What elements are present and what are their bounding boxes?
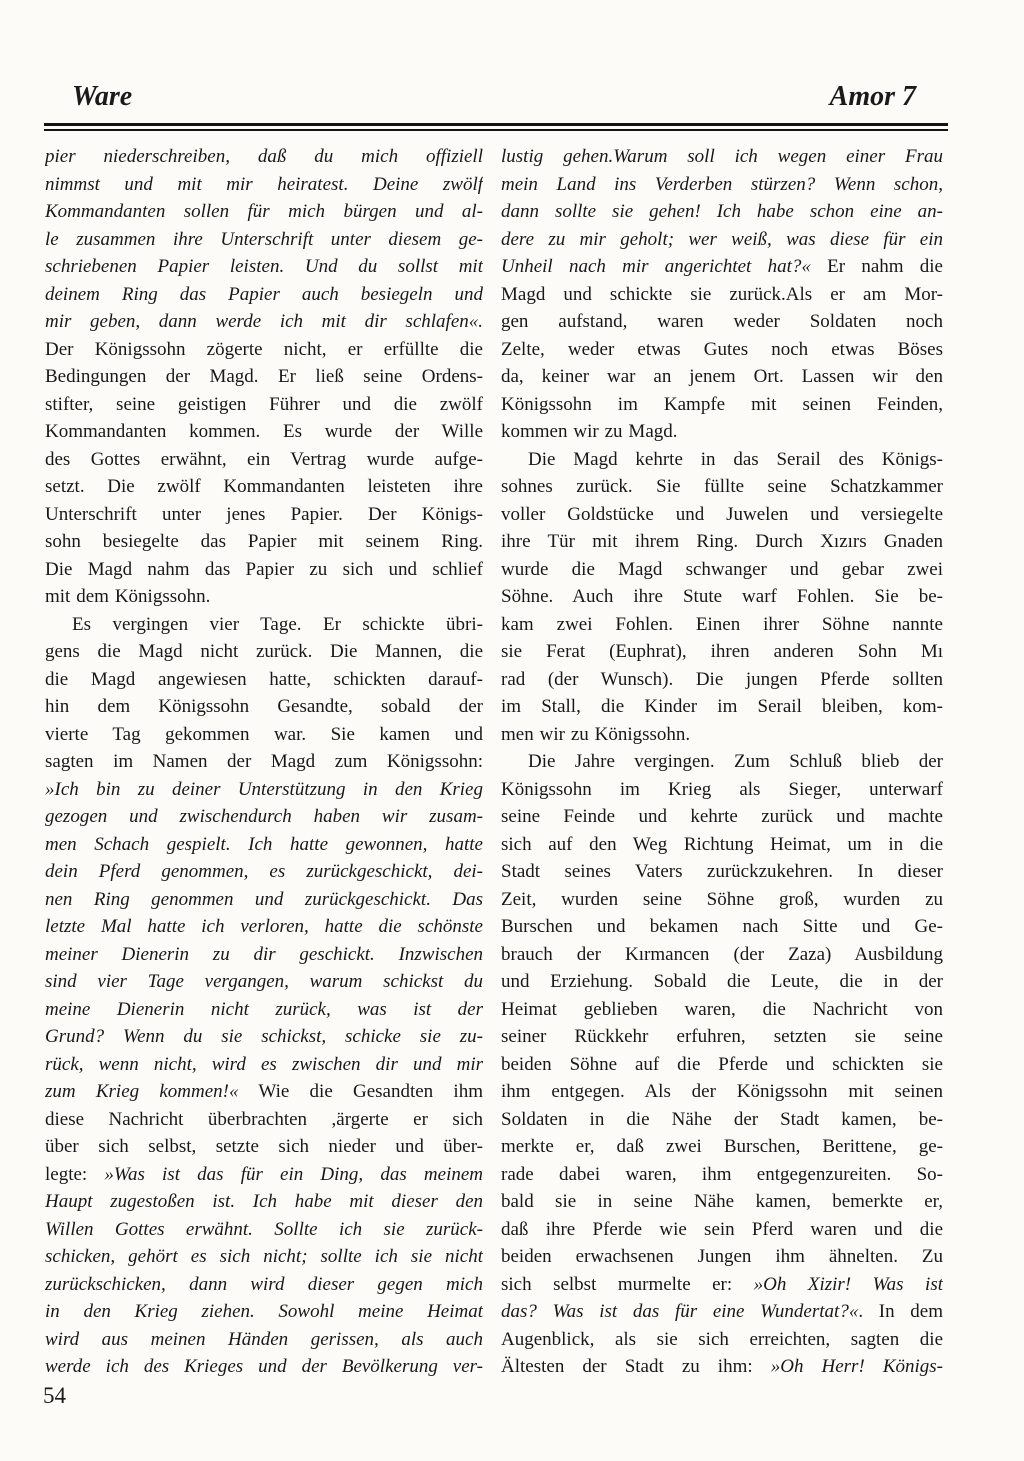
text-line: sich auf den Weg Richtung Heimat, um in …: [501, 831, 943, 859]
page-number: 54: [43, 1383, 66, 1409]
text-line: mein Land ins Verderben stürzen? Wenn sc…: [501, 171, 943, 199]
text-line: sagten im Namen der Magd zum Königssohn:: [45, 748, 483, 776]
text-line: beiden Söhne auf die Pferde und schickte…: [501, 1051, 943, 1079]
text-line: sind vier Tage vergangen, warum schickst…: [45, 968, 483, 996]
text-line: daß ihre Pferde wie sein Pferd waren und…: [501, 1216, 943, 1244]
text-line: Bedingungen der Magd. Er ließ seine Orde…: [45, 363, 483, 391]
text-line: sohn besiegelte das Papier mit seinem Ri…: [45, 528, 483, 556]
text-line: im Stall, die Kinder im Serail bleiben, …: [501, 693, 943, 721]
text-line: hin dem Königssohn Gesandte, sobald der: [45, 693, 483, 721]
text-line: schicken, gehört es sich nicht; sollte i…: [45, 1243, 483, 1271]
scanned-book-page: Ware Amor 7 pier niederschreiben, daß du…: [0, 0, 1024, 1461]
text-line: voller Goldstücke und Juwelen und versie…: [501, 501, 943, 529]
text-line: da, keiner war an jenem Ort. Lassen wir …: [501, 363, 943, 391]
text-line: Söhne. Auch ihre Stute warf Fohlen. Sie …: [501, 583, 943, 611]
text-line: gens die Magd nicht zurück. Die Mannen, …: [45, 638, 483, 666]
text-line: Grund? Wenn du sie schickst, schicke sie…: [45, 1023, 483, 1051]
text-line: nen Ring genommen und zurückgeschickt. D…: [45, 886, 483, 914]
text-line: stifter, seine geistigen Führer und die …: [45, 391, 483, 419]
text-line: legte: »Was ist das für ein Ding, das me…: [45, 1161, 483, 1189]
text-line: das? Was ist das für eine Wundertat?«. I…: [501, 1298, 943, 1326]
text-line: kam zwei Fohlen. Einen ihrer Söhne nannt…: [501, 611, 943, 639]
text-line: rück, wenn nicht, wird es zwischen dir u…: [45, 1051, 483, 1079]
text-line: schriebenen Papier leisten. Und du solls…: [45, 253, 483, 281]
text-column-left: pier niederschreiben, daß du mich offizi…: [45, 143, 483, 1381]
text-line: mit dem Königssohn.: [45, 583, 483, 611]
text-line: Die Jahre vergingen. Zum Schluß blieb de…: [501, 748, 943, 776]
text-line: Zelte, weder etwas Gutes noch etwas Böse…: [501, 336, 943, 364]
text-line: sie Ferat (Euphrat), ihren anderen Sohn …: [501, 638, 943, 666]
text-line: Ältesten der Stadt zu ihm: »Oh Herr! Kön…: [501, 1353, 943, 1381]
text-line: Burschen und bekamen nach Sitte und Ge-: [501, 913, 943, 941]
text-line: werde ich des Krieges und der Bevölkerun…: [45, 1353, 483, 1381]
text-line: Soldaten in die Nähe der Stadt kamen, be…: [501, 1106, 943, 1134]
text-line: Königssohn im Krieg als Sieger, unterwar…: [501, 776, 943, 804]
text-line: sich selbst murmelte er: »Oh Xizir! Was …: [501, 1271, 943, 1299]
text-line: dere zu mir geholt; wer weiß, was diese …: [501, 226, 943, 254]
text-line: rad (der Wunsch). Die jungen Pferde soll…: [501, 666, 943, 694]
text-line: Unterschrift unter jenes Papier. Der Kön…: [45, 501, 483, 529]
text-line: wird aus meinen Händen gerissen, als auc…: [45, 1326, 483, 1354]
text-line: zurückschicken, dann wird dieser gegen m…: [45, 1271, 483, 1299]
running-title-right: Amor 7: [830, 82, 916, 112]
header-rule: [44, 123, 948, 131]
text-line: ihre Tür mit ihrem Ring. Durch Xızırs Gn…: [501, 528, 943, 556]
text-line: Unheil nach mir angerichtet hat?« Er nah…: [501, 253, 943, 281]
text-line: Es vergingen vier Tage. Er schickte übri…: [45, 611, 483, 639]
text-line: meiner Dienerin zu dir geschickt. Inzwis…: [45, 941, 483, 969]
text-line: Königssohn im Kampfe mit seinen Feinden,: [501, 391, 943, 419]
text-line: Augenblick, als sie sich erreichten, sag…: [501, 1326, 943, 1354]
text-line: dein Pferd genommen, es zurückgeschickt,…: [45, 858, 483, 886]
text-line: ihm entgegen. Als der Königssohn mit sei…: [501, 1078, 943, 1106]
text-line: und Erziehung. Sobald die Leute, die in …: [501, 968, 943, 996]
running-header: Ware Amor 7: [0, 0, 1024, 112]
text-line: mir geben, dann werde ich mit dir schlaf…: [45, 308, 483, 336]
text-line: nimmst und mit mir heiratest. Deine zwöl…: [45, 171, 483, 199]
text-line: Magd und schickte sie zurück.Als er am M…: [501, 281, 943, 309]
text-line: deinem Ring das Papier auch besiegeln un…: [45, 281, 483, 309]
text-column-right: lustig gehen.Warum soll ich wegen einer …: [501, 143, 943, 1381]
text-line: zum Krieg kommen!« Wie die Gesandten ihm: [45, 1078, 483, 1106]
text-line: kommen wir zu Magd.: [501, 418, 943, 446]
text-line: brauch der Kırmancen (der Zaza) Ausbildu…: [501, 941, 943, 969]
text-line: le zusammen ihre Unterschrift unter dies…: [45, 226, 483, 254]
text-line: rade dabei waren, ihm entgegenzureiten. …: [501, 1161, 943, 1189]
text-line: gen aufstand, waren weder Soldaten noch: [501, 308, 943, 336]
text-line: Die Magd nahm das Papier zu sich und sch…: [45, 556, 483, 584]
text-line: Willen Gottes erwähnt. Sollte ich sie zu…: [45, 1216, 483, 1244]
running-title-left: Ware: [72, 82, 132, 112]
text-line: meine Dienerin nicht zurück, was ist der: [45, 996, 483, 1024]
text-line: wurde die Magd schwanger und gebar zwei: [501, 556, 943, 584]
text-line: lustig gehen.Warum soll ich wegen einer …: [501, 143, 943, 171]
text-line: seine Feinde und kehrte zurück und macht…: [501, 803, 943, 831]
text-line: diese Nachricht überbrachten ,ärgerte er…: [45, 1106, 483, 1134]
text-line: beiden erwachsenen Jungen ihm ähnelten. …: [501, 1243, 943, 1271]
text-columns: pier niederschreiben, daß du mich offizi…: [0, 143, 1024, 1381]
text-line: sohnes zurück. Sie füllte seine Schatzka…: [501, 473, 943, 501]
text-line: men wir zu Königssohn.: [501, 721, 943, 749]
text-line: Heimat geblieben waren, die Nachricht vo…: [501, 996, 943, 1024]
text-line: die Magd angewiesen hatte, schickten dar…: [45, 666, 483, 694]
text-line: Der Königssohn zögerte nicht, er erfüllt…: [45, 336, 483, 364]
text-line: gezogen und zwischendurch haben wir zusa…: [45, 803, 483, 831]
text-line: in den Krieg ziehen. Sowohl meine Heimat: [45, 1298, 483, 1326]
text-line: über sich selbst, setzte sich nieder und…: [45, 1133, 483, 1161]
text-line: letzte Mal hatte ich verloren, hatte die…: [45, 913, 483, 941]
text-line: Haupt zugestoßen ist. Ich habe mit diese…: [45, 1188, 483, 1216]
text-line: men Schach gespielt. Ich hatte gewonnen,…: [45, 831, 483, 859]
text-line: Die Magd kehrte in das Serail des Königs…: [501, 446, 943, 474]
text-line: des Gottes erwähnt, ein Vertrag wurde au…: [45, 446, 483, 474]
text-line: »Ich bin zu deiner Unterstützung in den …: [45, 776, 483, 804]
text-line: vierte Tag gekommen war. Sie kamen und: [45, 721, 483, 749]
text-line: Kommandanten kommen. Es wurde der Wille: [45, 418, 483, 446]
text-line: merkte er, daß zwei Burschen, Berittene,…: [501, 1133, 943, 1161]
text-line: setzt. Die zwölf Kommandanten leisteten …: [45, 473, 483, 501]
text-line: Zeit, wurden seine Söhne groß, wurden zu: [501, 886, 943, 914]
text-line: bald sie in seine Nähe kamen, bemerkte e…: [501, 1188, 943, 1216]
text-line: Kommandanten sollen für mich bürgen und …: [45, 198, 483, 226]
text-line: seiner Rückkehr erfuhren, setzten sie se…: [501, 1023, 943, 1051]
text-line: Stadt seines Vaters zurückzukehren. In d…: [501, 858, 943, 886]
text-line: dann sollte sie gehen! Ich habe schon ei…: [501, 198, 943, 226]
text-line: pier niederschreiben, daß du mich offizi…: [45, 143, 483, 171]
